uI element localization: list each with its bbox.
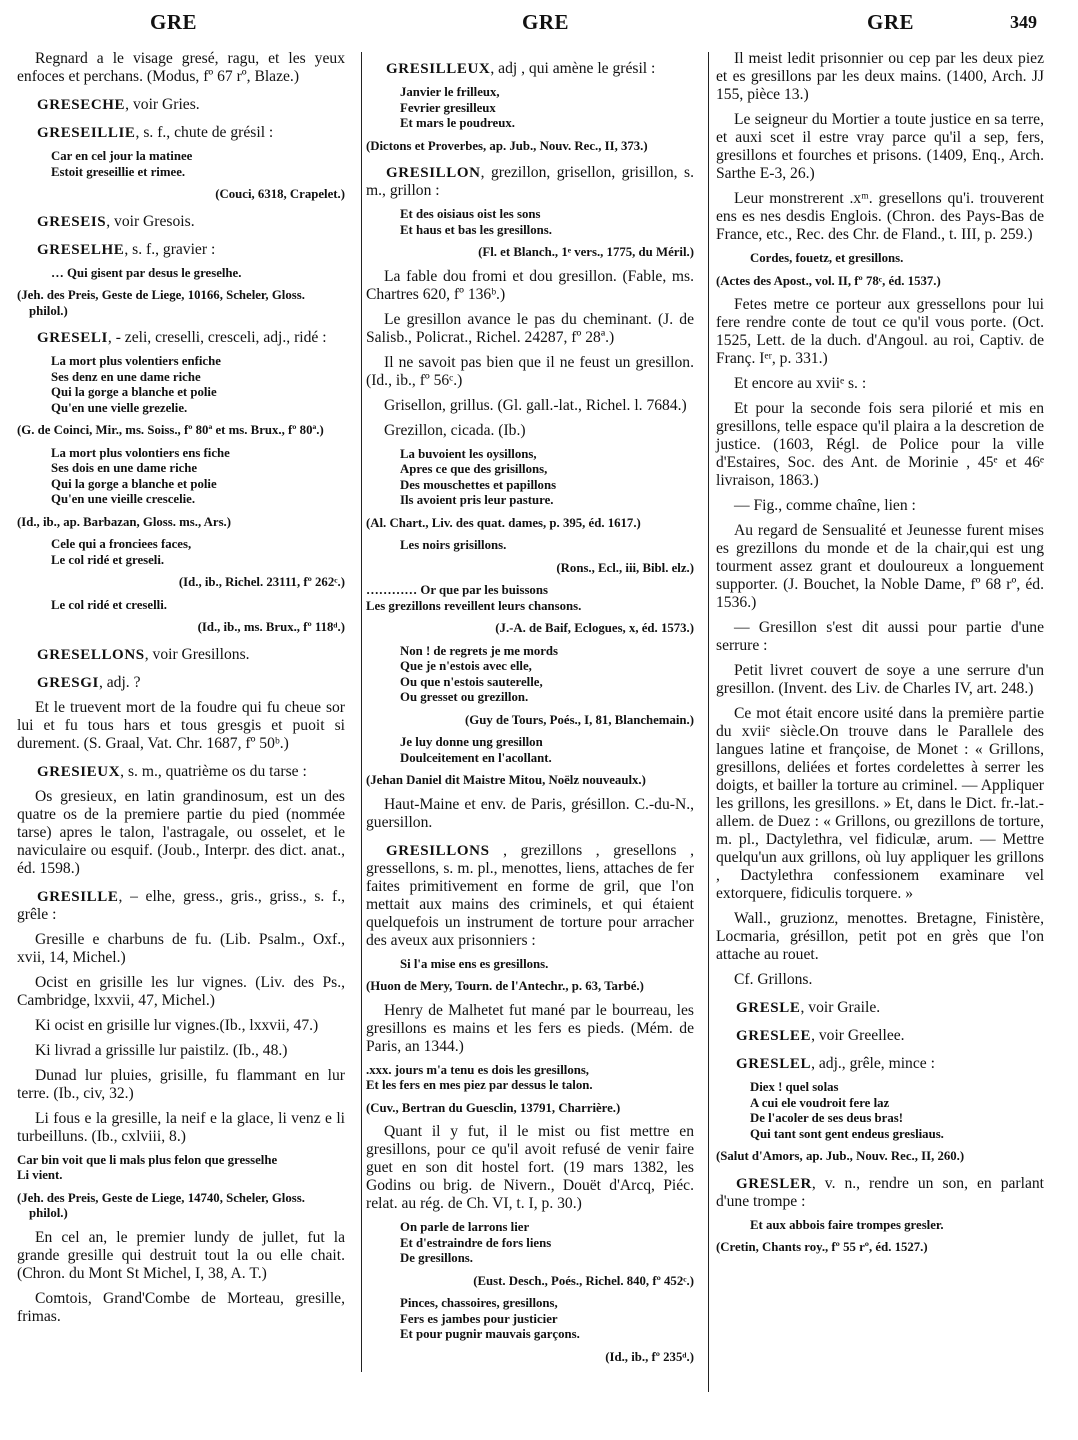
headword: GRESILLE (37, 889, 119, 905)
citation: (Cuv., Bertran du Guesclin, 13791, Charr… (366, 1101, 694, 1117)
verse-line: Si l'a mise ens es gresillons. (400, 957, 694, 973)
paragraph: Dunad lur pluies, grisille, fu flammant … (17, 1067, 345, 1103)
citation: (Id., ib., ap. Barbazan, Gloss. ms., Ars… (17, 515, 345, 531)
verse-line: Les grezillons reveillent leurs chansons… (366, 599, 694, 615)
citation: (Fl. et Blanch., 1ᵉ vers., 1775, du Méri… (366, 245, 694, 261)
dictionary-entry-heading: GRESGI, adj. ? (17, 674, 345, 692)
paragraph: Comtois, Grand'Combe de Morteau, gresill… (17, 1290, 345, 1326)
verse-line: Cele qui a fronciees faces, (51, 537, 345, 553)
paragraph: Petit livret couvert de soye a une serru… (716, 662, 1044, 698)
verse-quote: Les noirs grisillons. (366, 538, 694, 554)
definition: , s. m., quatrième os du tarse : (120, 763, 307, 780)
citation: (Dictons et Proverbes, ap. Jub., Nouv. R… (366, 139, 694, 155)
column-2: GRESILLEUX, adj , qui amène le grésil :J… (366, 50, 694, 1420)
verse-line: Car en cel jour la matinee (51, 149, 345, 165)
verse-line: Des mouschettes et papillons (400, 478, 694, 494)
verse-quote: Janvier le frilleux,Fevrier gresilleuxEt… (366, 85, 694, 132)
verse-quote: La mort plus volontiers ens ficheSes doi… (17, 446, 345, 508)
verse-line: Pinces, chassoires, gresillons, (400, 1296, 694, 1312)
citation: (Huon de Mery, Tourn. de l'Antechr., p. … (366, 979, 694, 995)
definition: , voir Gresois. (106, 213, 194, 230)
headword: GRESELLONS (37, 647, 145, 663)
verse-line: Et les fers en mes piez par dessus le ta… (366, 1078, 694, 1094)
verse-quote: … Qui gisent par desus le greselhe. (17, 266, 345, 282)
paragraph: — Gresillon s'est dit aussi pour partie … (716, 619, 1044, 655)
dictionary-entry-heading: GRESLEL, adj., grêle, mince : (716, 1055, 1044, 1073)
headword: GRESILLEUX (386, 61, 490, 77)
verse-line: Ou que n'estois sauterelle, (400, 675, 694, 691)
verse-line: Li vient. (17, 1168, 345, 1184)
verse-line: Ses dois en une dame riche (51, 461, 345, 477)
verse-line: De l'acoler de ses deus bras! (750, 1111, 1044, 1127)
verse-quote: Non ! de regrets je me mordsQue je n'est… (366, 644, 694, 706)
column-divider (361, 52, 362, 1372)
verse-line: Et haus et bas les gresillons. (400, 223, 694, 239)
verse-quote: Car en cel jour la matineeEstoit greseil… (17, 149, 345, 180)
paragraph: Haut-Maine et env. de Paris, grésillon. … (366, 796, 694, 832)
citation: (Id., ib., fº 235ᵈ.) (366, 1350, 694, 1366)
verse-line: La mort plus volentiers enfiche (51, 354, 345, 370)
verse-line: Qui tant sont gent endeus gresliaus. (750, 1127, 1044, 1143)
verse-line: Les noirs grisillons. (400, 538, 694, 554)
verse-line: Janvier le frilleux, (400, 85, 694, 101)
verse-line: Que je n'estois avec elle, (400, 659, 694, 675)
verse-quote: Si l'a mise ens es gresillons. (366, 957, 694, 973)
citation: (Id., ib., Richel. 23111, fº 262ᶜ.) (17, 575, 345, 591)
verse-line: Ou gresset ou grezillon. (400, 690, 694, 706)
verse-line: A cui ele voudroit fere laz (750, 1096, 1044, 1112)
verse-line: On parle de larrons lier (400, 1220, 694, 1236)
headword: GRESEIS (37, 214, 106, 230)
citation: (G. de Coinci, Mir., ms. Soiss., fº 80ª … (17, 423, 345, 439)
dictionary-entry-heading: GRESLE, voir Graile. (716, 999, 1044, 1017)
paragraph: La fable dou fromi et dou gresillon. (Fa… (366, 268, 694, 304)
paragraph: Ki ocist en grisille lur vignes.(Ib., lx… (17, 1017, 345, 1035)
verse-quote: Pinces, chassoires, gresillons,Fers es j… (366, 1296, 694, 1343)
headword: GRESLE (736, 1000, 800, 1016)
definition: , adj , qui amène le grésil : (490, 60, 655, 77)
verse-line: Doulceitement en l'acollant. (400, 751, 694, 767)
verse-line: Et aux abbois faire trompes gresler. (750, 1218, 1044, 1234)
verse-line: Cordes, fouetz, et gresillons. (750, 251, 1044, 267)
verse-line: La mort plus volontiers ens fiche (51, 446, 345, 462)
dictionary-entry-heading: GRESECHE, voir Gries. (17, 96, 345, 114)
column-divider (708, 52, 709, 1392)
verse-line: Qu'en une vieille crescelie. (51, 492, 345, 508)
verse-line: Non ! de regrets je me mords (400, 644, 694, 660)
headword: GRESIEUX (37, 764, 120, 780)
verse-line: La buvoient les oysillons, (400, 447, 694, 463)
verse-line: Fevrier gresilleux (400, 101, 694, 117)
definition: , - zeli, creselli, cresceli, adj., ridé… (108, 329, 327, 346)
headword: GRESLEL (736, 1056, 811, 1072)
verse-line: Je luy donne ung gresillon (400, 735, 694, 751)
paragraph: Fetes metre ce porteur aux gressellons p… (716, 296, 1044, 368)
citation: (Guy de Tours, Poés., I, 81, Blanchemain… (366, 713, 694, 729)
dictionary-entry-heading: GRESILLEUX, adj , qui amène le grésil : (366, 60, 694, 78)
verse-quote: La buvoient les oysillons,Apres ce que d… (366, 447, 694, 509)
verse-quote: .xxx. jours m'a tenu es dois les gresill… (366, 1063, 694, 1094)
verse-line: Apres ce que des grisillons, (400, 462, 694, 478)
verse-line: Ils avoient pris leur pasture. (400, 493, 694, 509)
verse-quote: Et des oisiaus oist les sonsEt haus et b… (366, 207, 694, 238)
definition: , s. f., chute de grésil : (136, 124, 274, 141)
running-head-right: GRE (867, 10, 914, 35)
headword: GRESGI (37, 675, 99, 691)
dictionary-entry-heading: GRESLEE, voir Greellee. (716, 1027, 1044, 1045)
citation: (Jehan Daniel dit Maistre Mitou, Noëlz n… (366, 773, 694, 789)
paragraph: Grisellon, grillus. (Gl. gall.-lat., Ric… (366, 397, 694, 415)
citation: (Salut d'Amors, ap. Jub., Nouv. Rec., II… (716, 1149, 1044, 1165)
headword: GRESECHE (37, 97, 125, 113)
dictionary-entry-heading: GRESEILLIE, s. f., chute de grésil : (17, 124, 345, 142)
running-head-center: GRE (522, 10, 569, 35)
paragraph: Leur monstrerent .xᵐ. gresellons qu'i. t… (716, 190, 1044, 244)
verse-quote: La mort plus volentiers enficheSes denz … (17, 354, 345, 416)
paragraph: Ki livrad a grissille lur paistilz. (Ib.… (17, 1042, 345, 1060)
dictionary-entry-heading: GRESIEUX, s. m., quatrième os du tarse : (17, 763, 345, 781)
paragraph: Et le truevent mort de la foudre qui fu … (17, 699, 345, 753)
headword: GRESILLONS (386, 843, 490, 859)
verse-line: Estoit greseillie et rimee. (51, 165, 345, 181)
citation: (Couci, 6318, Crapelet.) (17, 187, 345, 203)
headword: GRESILLON (386, 165, 481, 181)
column-3: Il meist ledit prisonnier ou cep par les… (716, 50, 1044, 1420)
citation: (Al. Chart., Liv. des quat. dames, p. 39… (366, 516, 694, 532)
verse-line: Et pour pugnir mauvais garçons. (400, 1327, 694, 1343)
paragraph: Il meist ledit prisonnier ou cep par les… (716, 50, 1044, 104)
verse-line: Et mars le poudreux. (400, 116, 694, 132)
page-number: 349 (1010, 12, 1037, 33)
paragraph: Au regard de Sensualité et Jeunesse fure… (716, 522, 1044, 612)
verse-line: Qui la gorge a blanche et polie (51, 385, 345, 401)
headword: GRESELI (37, 330, 108, 346)
verse-line: Et des oisiaus oist les sons (400, 207, 694, 223)
definition: , voir Gresillons. (145, 646, 250, 663)
verse-line: Le col ridé et creselli. (51, 598, 345, 614)
paragraph: Henry de Malhetet fut mané par le bourre… (366, 1002, 694, 1056)
verse-line: Fers es jambes pour justicier (400, 1312, 694, 1328)
verse-line: Diex ! quel solas (750, 1080, 1044, 1096)
paragraph: Gresille e charbuns de fu. (Lib. Psalm.,… (17, 931, 345, 967)
verse-quote: Et aux abbois faire trompes gresler. (716, 1218, 1044, 1234)
paragraph: Le gresillon avance le pas du cheminant.… (366, 311, 694, 347)
paragraph: Et pour la seconde fois sera pilorié et … (716, 400, 1044, 490)
verse-quote: Cele qui a fronciees faces,Le col ridé e… (17, 537, 345, 568)
verse-quote: Cordes, fouetz, et gresillons. (716, 251, 1044, 267)
verse-line: Qu'en une vielle grezelie. (51, 401, 345, 417)
dictionary-entry-heading: GRESILLONS , grezillons , gresellons , g… (366, 842, 694, 950)
citation: (Id., ib., ms. Brux., fº 118ᵈ.) (17, 620, 345, 636)
verse-quote: Le col ridé et creselli. (17, 598, 345, 614)
dictionary-entry-heading: GRESILLE, – elhe, gress., gris., griss.,… (17, 888, 345, 924)
paragraph: Quant il y fut, il le mist ou fist mettr… (366, 1123, 694, 1213)
paragraph: Wall., gruzionz, menottes. Bretagne, Fin… (716, 910, 1044, 964)
paragraph: En cel an, le premier lundy de jullet, f… (17, 1229, 345, 1283)
paragraph: Os gresieux, en latin grandinosum, est u… (17, 788, 345, 878)
paragraph: Il ne savoit pas bien que il ne feust un… (366, 354, 694, 390)
paragraph: Et encore au xviiᵉ s. : (716, 375, 1044, 393)
citation: (Cretin, Chants roy., fº 55 rº, éd. 1527… (716, 1240, 1044, 1256)
headword: GRESLEE (736, 1028, 811, 1044)
headword: GRESLER (736, 1176, 812, 1192)
definition: , voir Gries. (125, 96, 200, 113)
verse-quote: Je luy donne ung gresillonDoulceitement … (366, 735, 694, 766)
citation: (Rons., Ecl., iii, Bibl. elz.) (366, 561, 694, 577)
verse-quote: Diex ! quel solasA cui ele voudroit fere… (716, 1080, 1044, 1142)
verse-quote: On parle de larrons lierEt d'estraindre … (366, 1220, 694, 1267)
verse-quote: Car bin voit que li mals plus felon que … (17, 1153, 345, 1184)
verse-line: Et d'estraindre de fors liens (400, 1236, 694, 1252)
definition: , voir Greellee. (811, 1027, 905, 1044)
headword: GRESEILLIE (37, 125, 136, 141)
verse-line: Qui la gorge a blanche et polie (51, 477, 345, 493)
verse-line: Ses denz en une dame riche (51, 370, 345, 386)
verse-line: .xxx. jours m'a tenu es dois les gresill… (366, 1063, 694, 1079)
paragraph: Regnard a le visage gresé, ragu, et les … (17, 50, 345, 86)
citation: (J.-A. de Baif, Eclogues, x, éd. 1573.) (366, 621, 694, 637)
verse-line: Car bin voit que li mals plus felon que … (17, 1153, 345, 1169)
paragraph: Li fous e la gresille, la neif e la glac… (17, 1110, 345, 1146)
verse-line: De gresillons. (400, 1251, 694, 1267)
paragraph: Ce mot était encore usité dans la premiè… (716, 705, 1044, 903)
column-1: Regnard a le visage gresé, ragu, et les … (17, 50, 345, 1420)
citation: (Jeh. des Preis, Geste de Liege, 14740, … (17, 1191, 345, 1222)
citation: (Eust. Desch., Poés., Richel. 840, fº 45… (366, 1274, 694, 1290)
running-head-left: GRE (150, 10, 197, 35)
dictionary-entry-heading: GRESLER, v. n., rendre un son, en parlan… (716, 1175, 1044, 1211)
headword: GRESELHE (37, 242, 124, 258)
citation: (Jeh. des Preis, Geste de Liege, 10166, … (17, 288, 345, 319)
paragraph: — Fig., comme chaîne, lien : (716, 497, 1044, 515)
paragraph: Grezillon, cicada. (Ib.) (366, 422, 694, 440)
dictionary-entry-heading: GRESEIS, voir Gresois. (17, 213, 345, 231)
paragraph: Ocist en grisille les lur vignes. (Liv. … (17, 974, 345, 1010)
definition: , s. f., gravier : (124, 241, 215, 258)
definition: , adj. ? (99, 674, 141, 691)
definition: , adj., grêle, mince : (811, 1055, 935, 1072)
dictionary-entry-heading: GRESELI, - zeli, creselli, cresceli, adj… (17, 329, 345, 347)
verse-quote: ………… Or que par les buissonsLes grezillo… (366, 583, 694, 614)
verse-line: ………… Or que par les buissons (366, 583, 694, 599)
running-head: GRE GRE GRE 349 (0, 10, 1078, 40)
verse-line: … Qui gisent par desus le greselhe. (51, 266, 345, 282)
citation: (Actes des Apost., vol. II, fº 78ᶜ, éd. … (716, 274, 1044, 290)
paragraph: Le seigneur du Mortier a toute justice e… (716, 111, 1044, 183)
dictionary-entry-heading: GRESELLONS, voir Gresillons. (17, 646, 345, 664)
dictionary-entry-heading: GRESELHE, s. f., gravier : (17, 241, 345, 259)
verse-line: Le col ridé et greseli. (51, 553, 345, 569)
dictionary-entry-heading: GRESILLON, grezillon, grisellon, grisill… (366, 164, 694, 200)
definition: , voir Graile. (800, 999, 880, 1016)
paragraph: Cf. Grillons. (716, 971, 1044, 989)
